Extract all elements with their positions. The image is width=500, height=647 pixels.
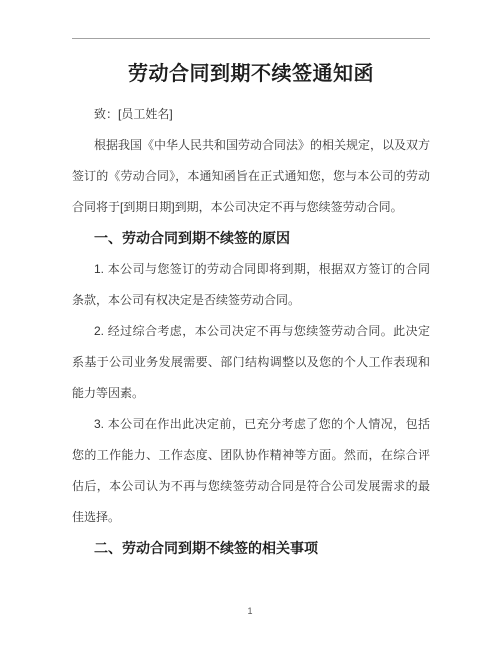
section-1-heading: 一、劳动合同到期不续签的原因 [72, 223, 430, 254]
section-1-item-1: 1. 本公司与您签订的劳动合同即将到期，根据双方签订的合同条款，本公司有权决定是… [72, 254, 430, 316]
page-number: 1 [0, 605, 500, 617]
document-page: 劳动合同到期不续签通知函 致：[员工姓名] 根据我国《中华人民共和国劳动合同法》… [0, 0, 500, 647]
salutation-line: 致：[员工姓名] [72, 99, 430, 130]
section-1-item-3: 3. 本公司在作出此决定前，已充分考虑了您的个人情况，包括您的工作能力、工作态度… [72, 409, 430, 533]
section-1-item-2: 2. 经过综合考虑，本公司决定不再与您续签劳动合同。此决定系基于公司业务发展需要… [72, 316, 430, 409]
document-title: 劳动合同到期不续签通知函 [72, 59, 430, 90]
intro-paragraph: 根据我国《中华人民共和国劳动合同法》的相关规定，以及双方签订的《劳动合同》，本通… [72, 130, 430, 223]
section-2-heading: 二、劳动合同到期不续签的相关事项 [72, 533, 430, 564]
document-body: 劳动合同到期不续签通知函 致：[员工姓名] 根据我国《中华人民共和国劳动合同法》… [72, 0, 430, 564]
